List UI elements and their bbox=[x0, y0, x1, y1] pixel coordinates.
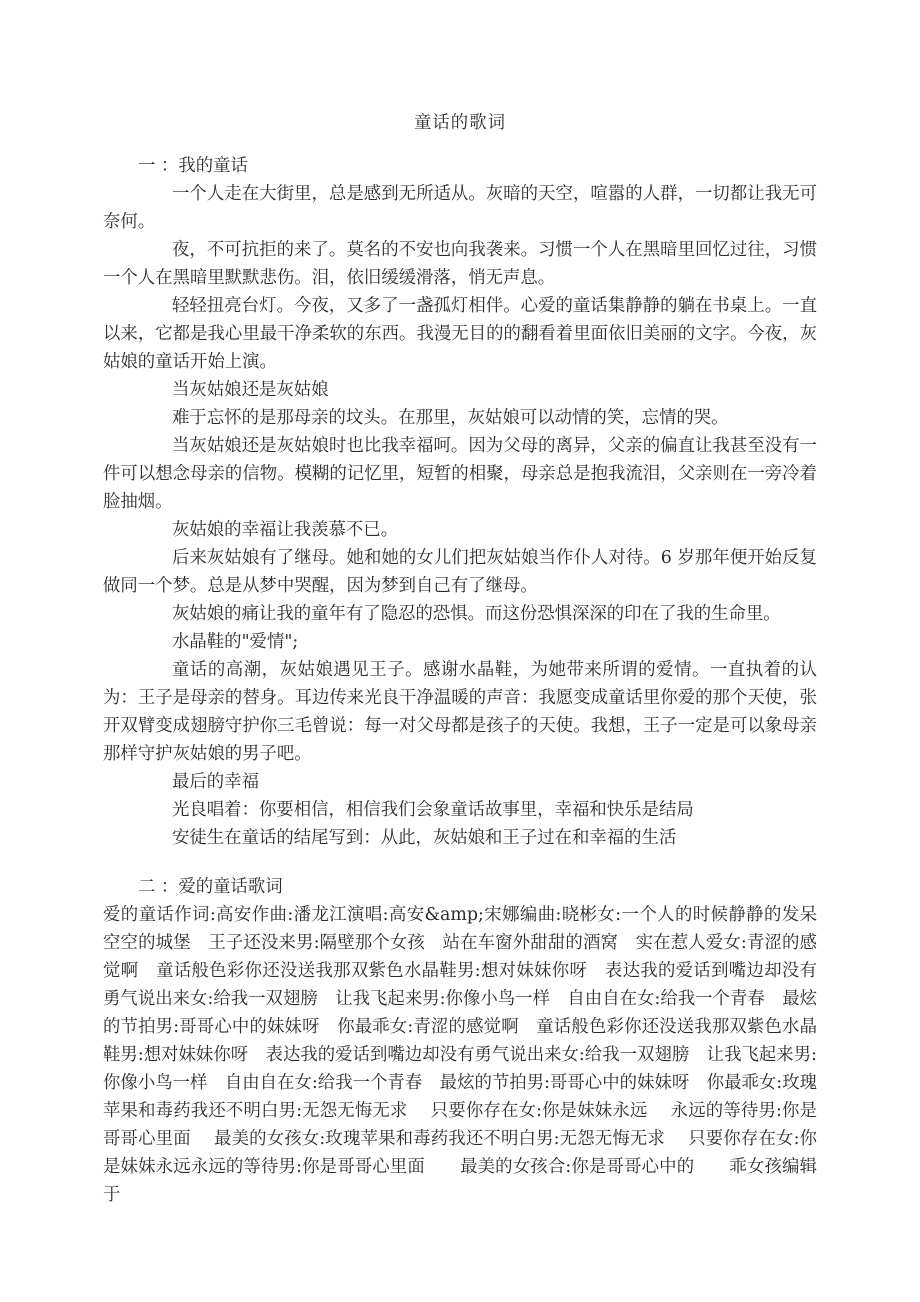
paragraph: 灰姑娘的痛让我的童年有了隐忍的恐惧。而这份恐惧深深的印在了我的生命里。 bbox=[103, 600, 817, 628]
document-page: 童话的歌词 一 ：我的童话 一个人走在大街里，总是感到无所适从。灰暗的天空，喧嚣… bbox=[0, 0, 920, 1302]
section-1-heading: 一 ：我的童话 bbox=[103, 152, 817, 180]
document-title: 童话的歌词 bbox=[103, 109, 817, 137]
paragraph: 难于忘怀的是那母亲的坟头。在那里，灰姑娘可以动情的笑，忘情的哭。 bbox=[103, 404, 817, 432]
paragraph: 轻轻扭亮台灯。今夜，又多了一盏孤灯相伴。心爱的童话集静静的躺在书桌上。一直以来，… bbox=[103, 292, 817, 376]
section-my-fairytale: 一 ：我的童话 一个人走在大街里，总是感到无所适从。灰暗的天空，喧嚣的人群，一切… bbox=[103, 152, 817, 852]
paragraph: 当灰姑娘还是灰姑娘 bbox=[103, 376, 817, 404]
section-2-heading: 二 ：爱的童话歌词 bbox=[103, 873, 817, 901]
paragraph: 当灰姑娘还是灰姑娘时也比我幸福呵。因为父母的离异，父亲的偏直让我甚至没有一件可以… bbox=[103, 432, 817, 516]
paragraph: 夜，不可抗拒的来了。莫名的不安也向我袭来。习惯一个人在黑暗里回忆过往，习惯一个人… bbox=[103, 236, 817, 292]
paragraph: 后来灰姑娘有了继母。她和她的女儿们把灰姑娘当作仆人对待。6 岁那年便开始反复做同… bbox=[103, 544, 817, 600]
paragraph: 最后的幸福 bbox=[103, 768, 817, 796]
lyrics-text: 爱的童话作词:高安作曲:潘龙江演唱:高安&amp;宋娜编曲:晓彬女:一个人的时候… bbox=[103, 901, 817, 1209]
paragraph: 安徒生在童话的结尾写到：从此，灰姑娘和王子过在和幸福的生活 bbox=[103, 824, 817, 852]
paragraph: 童话的高潮，灰姑娘遇见王子。感谢水晶鞋，为她带来所谓的爱情。一直执着的认为：王子… bbox=[103, 656, 817, 768]
paragraph: 水晶鞋的"爱情"; bbox=[103, 628, 817, 656]
document-content: 童话的歌词 一 ：我的童话 一个人走在大街里，总是感到无所适从。灰暗的天空，喧嚣… bbox=[103, 109, 817, 1209]
paragraph: 光良唱着：你要相信，相信我们会象童话故事里，幸福和快乐是结局 bbox=[103, 796, 817, 824]
section-love-fairytale-lyrics: 二 ：爱的童话歌词 爱的童话作词:高安作曲:潘龙江演唱:高安&amp;宋娜编曲:… bbox=[103, 873, 817, 1209]
paragraph: 一个人走在大街里，总是感到无所适从。灰暗的天空，喧嚣的人群，一切都让我无可奈何。 bbox=[103, 180, 817, 236]
paragraph: 灰姑娘的幸福让我羡慕不已。 bbox=[103, 516, 817, 544]
